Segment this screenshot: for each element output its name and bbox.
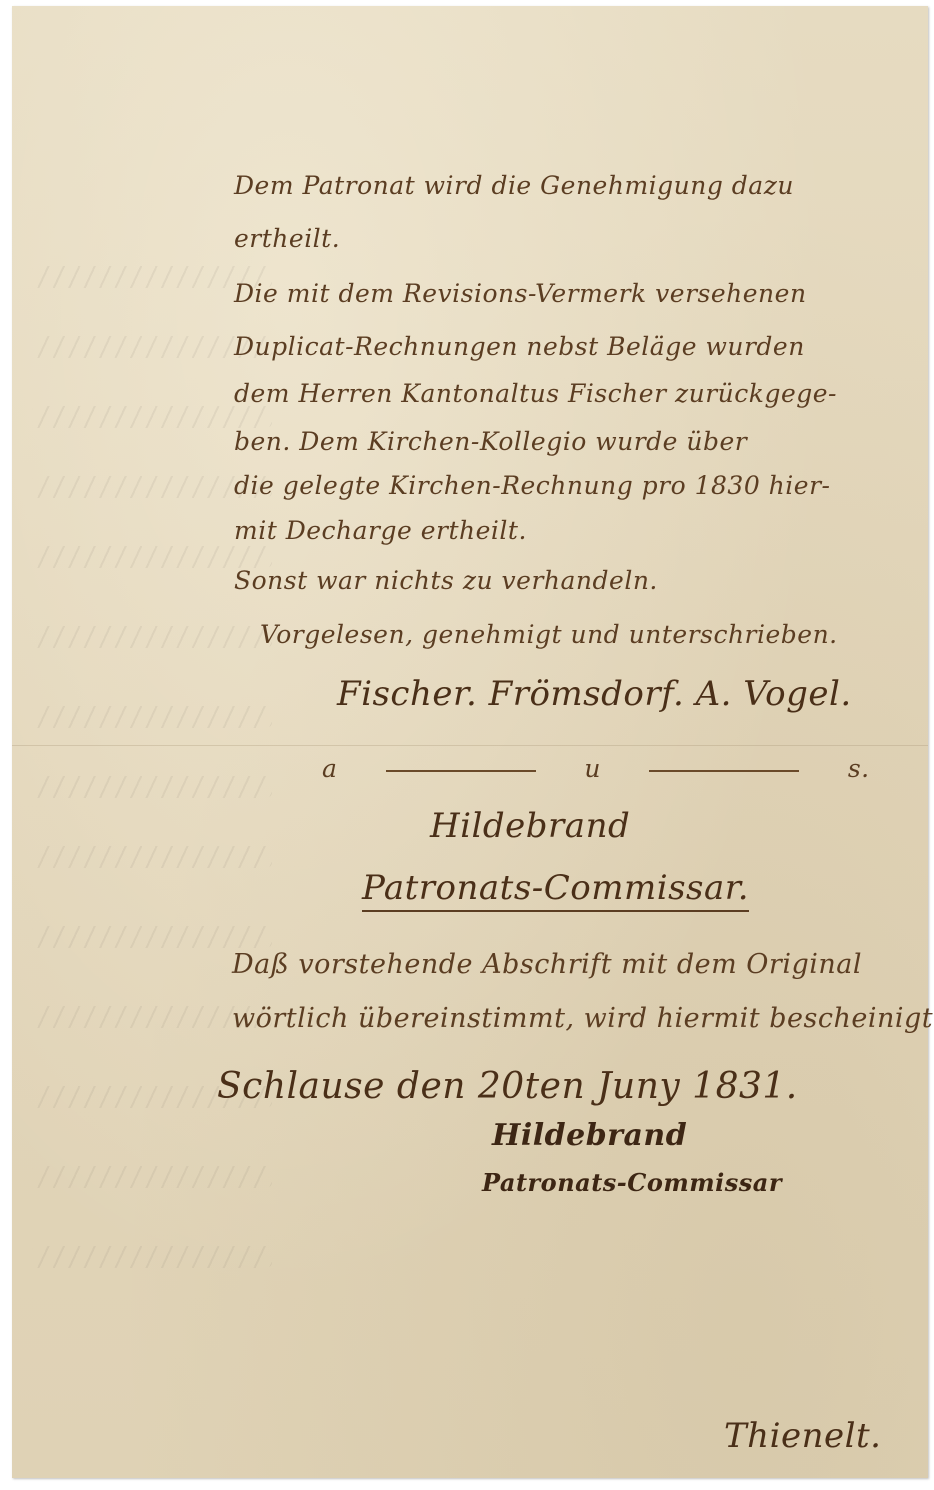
bleed-through-text [32,926,272,948]
signature-name: Hildebrand [492,1118,687,1153]
bleed-through-text [32,406,272,428]
bleed-through-text [32,626,272,648]
certification-line: Daß vorstehende Abschrift mit dem Origin… [232,949,862,980]
bleed-through-text [32,1166,272,1188]
fold-crease [12,745,928,746]
bleed-through-text [32,546,272,568]
attest-right: s. [848,754,870,783]
bleed-through-text [32,776,272,798]
bleed-through-text [32,846,272,868]
certification-line: wörtlich übereinstimmt, wird hiermit bes… [232,1003,934,1034]
commissioner-name: Hildebrand [430,806,630,846]
body-line: ertheilt. [234,224,340,253]
commissioner-title-text: Patronats-Commissar. [362,868,749,912]
body-line: Duplicat-Rechnungen nebst Beläge wurden [234,332,805,361]
attest-left: a [322,754,337,783]
attest-rule [386,770,536,772]
place-date: Schlause den 20ten Juny 1831. [217,1066,798,1107]
body-line: dem Herren Kantonaltus Fischer zurückgeg… [234,379,837,408]
body-line: Vorgelesen, genehmigt und unterschrieben… [260,620,838,649]
bleed-through-text [32,1246,272,1268]
attest-rule [649,770,799,772]
final-signature: Thienelt. [724,1416,881,1456]
attest-middle: u [584,754,601,783]
document-page: Dem Patronat wird die Genehmigung dazu e… [12,6,928,1478]
body-line: mit Decharge ertheilt. [234,516,527,545]
body-line: Sonst war nichts zu verhandeln. [234,566,658,595]
attest-line: a u s. [322,754,870,783]
bleed-through-text [32,706,272,728]
body-line: Dem Patronat wird die Genehmigung dazu [234,171,794,200]
body-line: die gelegte Kirchen-Rechnung pro 1830 hi… [234,471,830,500]
body-line: ben. Dem Kirchen-Kollegio wurde über [234,427,747,456]
commissioner-title: Patronats-Commissar. [362,868,749,908]
body-line: Die mit dem Revisions-Vermerk versehenen [234,279,807,308]
signatories-line: Fischer. Frömsdorf. A. Vogel. [337,674,852,714]
signature-title: Patronats-Commissar [482,1168,782,1197]
